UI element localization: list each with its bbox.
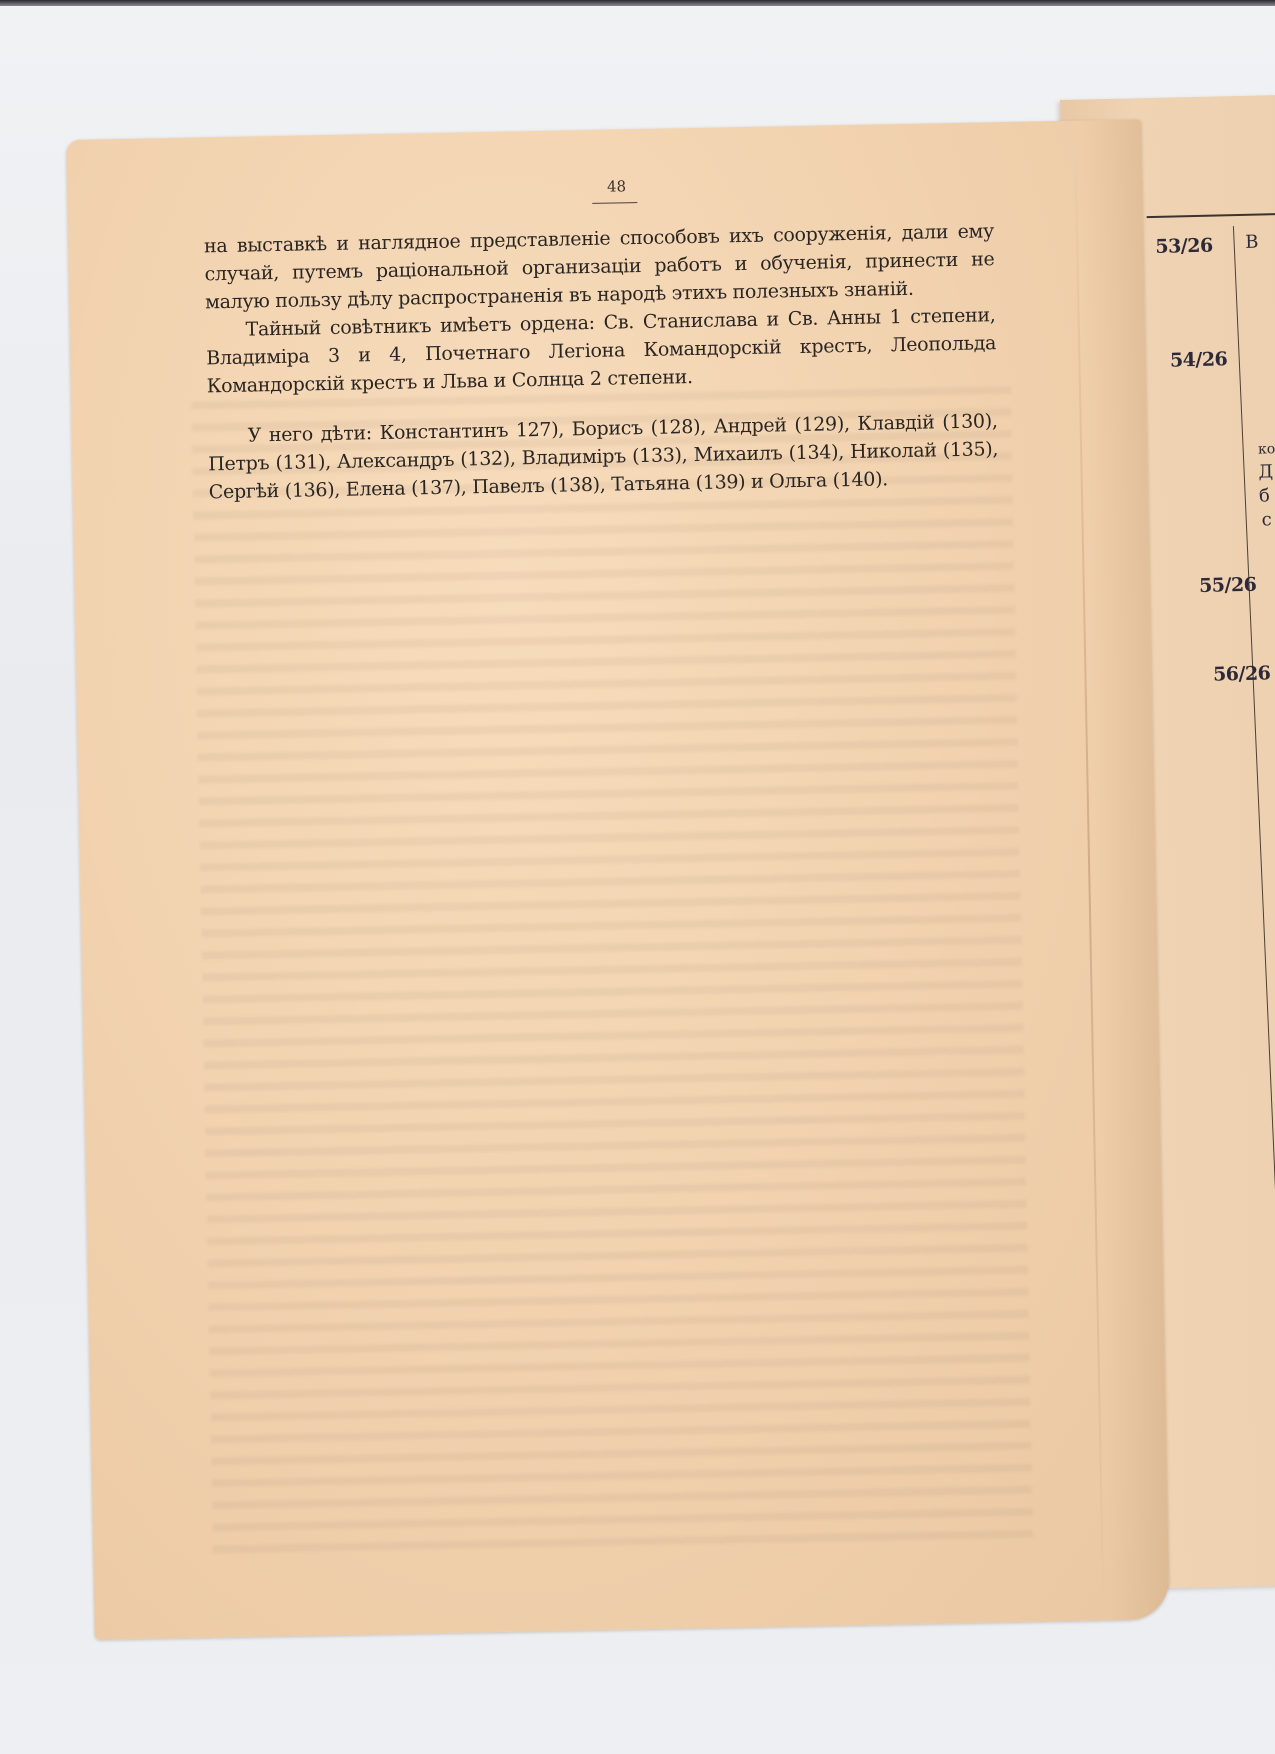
page-crease	[1074, 121, 1105, 1621]
partial-letter: ко	[1258, 441, 1275, 457]
document-page: 48 на выставкѣ и наглядное представленiе…	[66, 119, 1170, 1639]
margin-ref: 55/26	[1199, 574, 1257, 597]
margin-ref: 54/26	[1170, 348, 1228, 371]
partial-letter: б	[1259, 485, 1270, 506]
margin-ref: 56/26	[1213, 662, 1271, 685]
paragraph-children: У него дѣти: Константинъ 127), Борисъ (1…	[207, 407, 998, 506]
paragraph-orders: Тайный совѣтникъ имѣетъ ордена: Св. Стан…	[205, 301, 996, 400]
partial-letter: Д	[1258, 461, 1273, 482]
adjacent-page-top-rule	[1147, 212, 1275, 219]
paragraph-continuation: на выставкѣ и наглядное представленiе сп…	[204, 217, 995, 316]
partial-letter: В	[1245, 232, 1259, 253]
adjacent-page-column-rule	[1233, 226, 1275, 1525]
page-number: 48	[607, 177, 626, 195]
partial-letter: с	[1261, 509, 1272, 530]
body-text: на выставкѣ и наглядное представленiе сп…	[204, 217, 999, 506]
bleed-through-text	[191, 372, 1034, 1568]
margin-ref: 53/26	[1155, 235, 1213, 258]
page-number-rule	[592, 202, 637, 204]
